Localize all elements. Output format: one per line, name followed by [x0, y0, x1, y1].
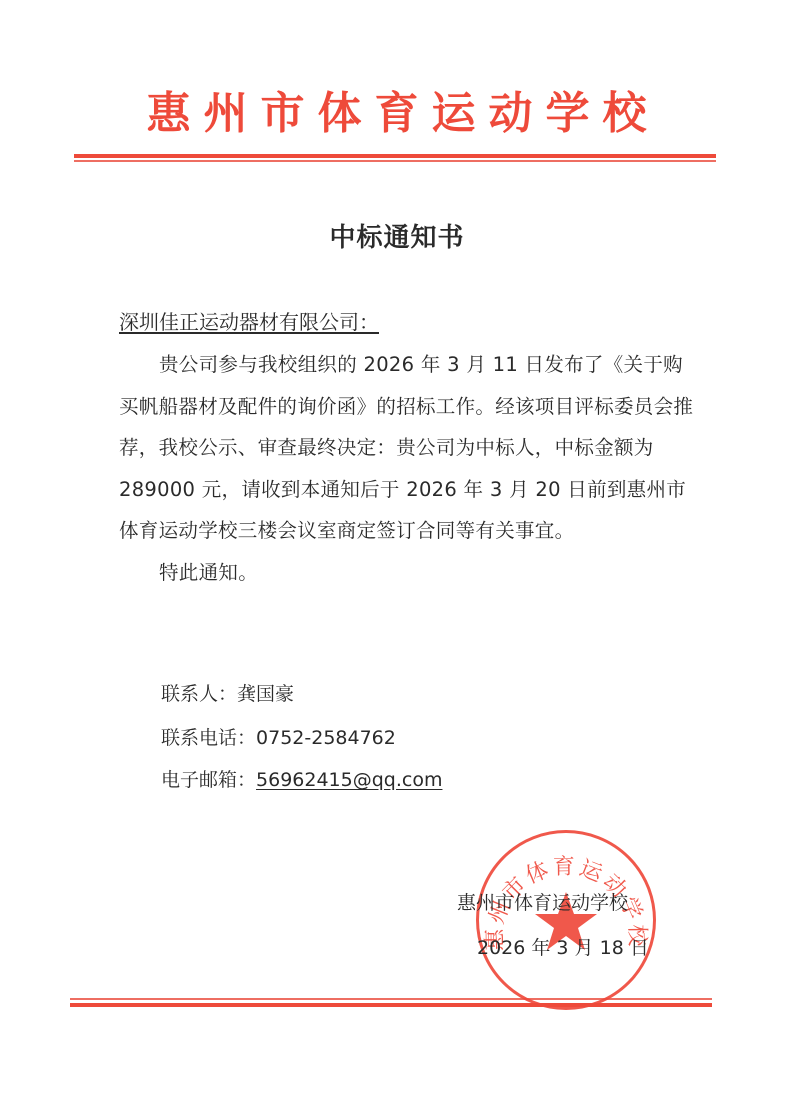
- official-seal: 惠州市体育运动学校: [476, 830, 656, 1010]
- document-body: 贵公司参与我校组织的 2026 年 3 月 11 日发布了《关于购买帆船器材及配…: [119, 344, 695, 594]
- document-title: 中标通知书: [0, 220, 794, 256]
- letterhead-rule-thin: [74, 160, 716, 162]
- contact-phone: 联系电话：0752-2584762: [161, 724, 396, 752]
- letterhead-school-name: 惠州市体育运动学校: [0, 84, 794, 144]
- contact-person: 联系人：龚国豪: [161, 680, 294, 708]
- closing-line: 特此通知。: [119, 552, 695, 594]
- contact-person-value: 龚国豪: [237, 683, 294, 705]
- issue-date: 2026 年 3 月 18 日: [477, 934, 649, 962]
- issuer-name: 惠州市体育运动学校: [457, 889, 628, 917]
- contact-email: 电子邮箱：56962415@qq.com: [161, 766, 442, 794]
- contact-email-link[interactable]: 56962415@qq.com: [256, 769, 442, 791]
- recipient-name: 深圳佳正运动器材有限公司：: [119, 308, 379, 336]
- body-paragraph: 贵公司参与我校组织的 2026 年 3 月 11 日发布了《关于购买帆船器材及配…: [119, 344, 695, 552]
- contact-phone-label: 联系电话：: [161, 727, 256, 749]
- contact-person-label: 联系人：: [161, 683, 237, 705]
- letterhead-rule-thick: [74, 154, 716, 158]
- contact-phone-value: 0752-2584762: [256, 727, 396, 749]
- seal-star-icon: 惠州市体育运动学校: [476, 830, 656, 1010]
- contact-email-label: 电子邮箱：: [161, 769, 256, 791]
